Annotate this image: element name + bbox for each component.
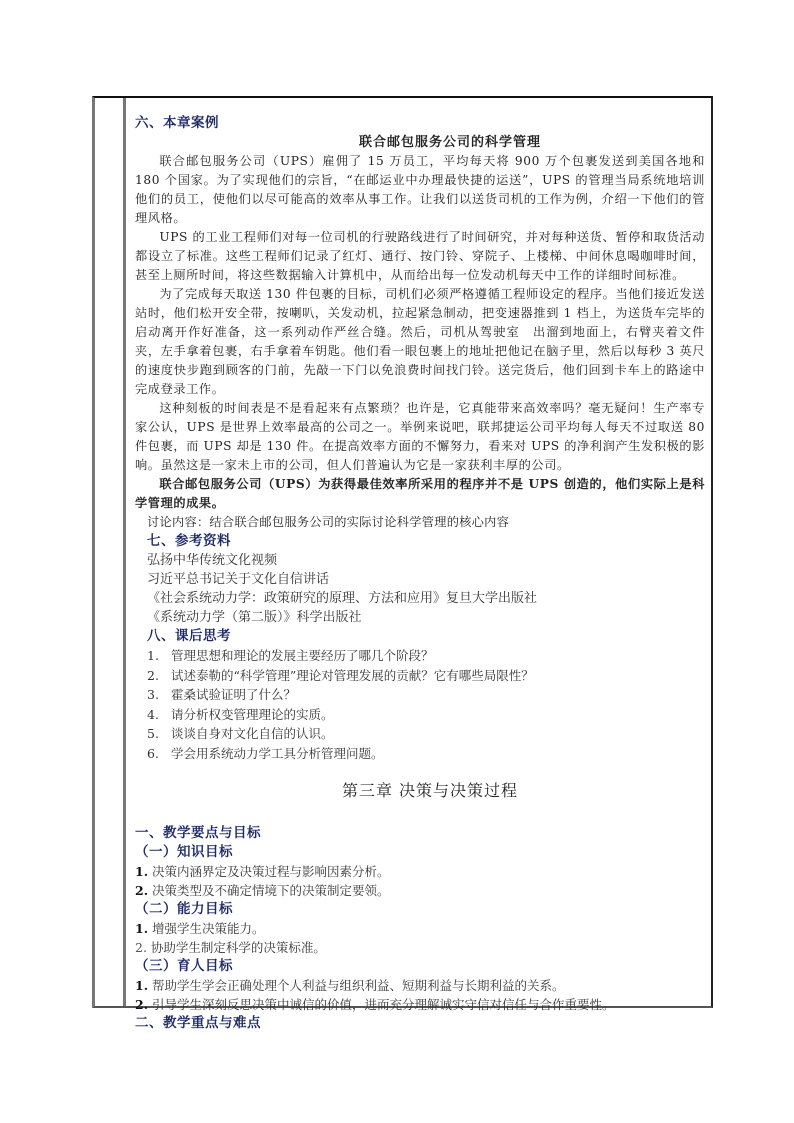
reference-item: 弘扬中华传统文化视频	[135, 551, 705, 570]
question-item: 5. 谈谈自身对文化自信的认识。	[135, 724, 705, 744]
case-discussion: 讨论内容：结合联合邮包服务公司的实际讨论科学管理的核心内容	[135, 513, 705, 532]
question-item: 1. 管理思想和理论的发展主要经历了哪几个阶段？	[135, 646, 705, 666]
objective-number: 1.	[135, 978, 148, 993]
chapter-title: 第三章 决策与决策过程	[135, 781, 705, 800]
question-number: 2.	[147, 666, 171, 686]
objective-item: 2. 引导学生深刻反思决策中诚信的价值，进而充分理解诚实守信对信任与合作重要性。	[135, 995, 705, 1014]
subheading-knowledge: （一）知识目标	[135, 843, 705, 862]
question-text: 试述泰勒的“科学管理”理论对管理发展的贡献？它有哪些局限性？	[171, 666, 534, 686]
question-number: 5.	[147, 724, 171, 744]
table-left-column	[95, 98, 126, 1006]
objective-item: 1. 增强学生决策能力。	[135, 919, 705, 938]
objective-number: 2.	[135, 940, 147, 955]
case-conclusion: 联合邮包服务公司（UPS）为获得最佳效率所采用的程序并不是 UPS 创造的，他们…	[135, 475, 705, 513]
subheading-ability: （二）能力目标	[135, 900, 705, 919]
objective-text: 决策内涵界定及决策过程与影响因素分析。	[152, 864, 390, 879]
case-paragraph: UPS 的工业工程师们对每一位司机的行驶路线进行了时间研究，并对每种送货、暂停和…	[135, 228, 705, 285]
objective-text: 引导学生深刻反思决策中诚信的价值，进而充分理解诚实守信对信任与合作重要性。	[152, 997, 615, 1012]
case-paragraph: 这种刻板的时间表是不是看起来有点繁琐？也许是，它真能带来高效率吗？毫无疑问！生产…	[135, 399, 705, 475]
question-item: 6. 学会用系统动力学工具分析管理问题。	[135, 744, 705, 764]
objective-item: 1. 决策内涵界定及决策过程与影响因素分析。	[135, 862, 705, 881]
reference-item: 《社会系统动力学：政策研究的原理、方法和应用》复旦大学出版社	[135, 589, 705, 608]
question-text: 学会用系统动力学工具分析管理问题。	[171, 744, 384, 764]
objective-number: 2.	[135, 997, 148, 1012]
question-text: 管理思想和理论的发展主要经历了哪几个阶段？	[171, 646, 434, 666]
case-title: 联合邮包服务公司的科学管理	[135, 133, 705, 152]
section-heading-references: 七、参考资料	[135, 532, 705, 551]
document-table: 六、本章案例 联合邮包服务公司的科学管理 联合邮包服务公司（UPS）雇佣了 15…	[92, 96, 713, 1008]
question-text: 霍桑试验证明了什么？	[171, 685, 296, 705]
objective-number: 2.	[135, 883, 148, 898]
objective-item: 1. 帮助学生学会正确处理个人利益与组织利益、短期利益与长期利益的关系。	[135, 976, 705, 995]
reference-item: 《系统动力学（第二版）》科学出版社	[135, 608, 705, 627]
section-heading-objectives: 一、教学要点与目标	[135, 824, 705, 843]
objective-item: 2. 决策类型及不确定情境下的决策制定要领。	[135, 881, 705, 900]
question-item: 3. 霍桑试验证明了什么？	[135, 685, 705, 705]
objective-number: 1.	[135, 921, 148, 936]
question-number: 3.	[147, 685, 171, 705]
table-content-cell: 六、本章案例 联合邮包服务公司的科学管理 联合邮包服务公司（UPS）雇佣了 15…	[135, 114, 705, 1033]
objective-text: 增强学生决策能力。	[152, 921, 265, 936]
objective-text: 帮助学生学会正确处理个人利益与组织利益、短期利益与长期利益的关系。	[152, 978, 565, 993]
question-item: 2. 试述泰勒的“科学管理”理论对管理发展的贡献？它有哪些局限性？	[135, 666, 705, 686]
section-heading-key-points: 二、教学重点与难点	[135, 1014, 705, 1033]
reference-item: 习近平总书记关于文化自信讲话	[135, 570, 705, 589]
case-paragraph: 联合邮包服务公司（UPS）雇佣了 15 万员工，平均每天将 900 万个包裹发送…	[135, 152, 705, 228]
section-heading-case: 六、本章案例	[135, 114, 705, 133]
objective-item: 2. 协助学生制定科学的决策标准。	[135, 938, 705, 957]
case-paragraph: 为了完成每天取送 130 件包裹的目标，司机们必须严格遵循工程师设定的程序。当他…	[135, 285, 705, 399]
subheading-education: （三）育人目标	[135, 957, 705, 976]
objective-number: 1.	[135, 864, 148, 879]
question-item: 4. 请分析权变管理理论的实质。	[135, 705, 705, 725]
question-number: 4.	[147, 705, 171, 725]
question-text: 请分析权变管理理论的实质。	[171, 705, 334, 725]
question-number: 6.	[147, 744, 171, 764]
objective-text: 协助学生制定科学的决策标准。	[151, 940, 326, 955]
objective-text: 决策类型及不确定情境下的决策制定要领。	[152, 883, 390, 898]
question-text: 谈谈自身对文化自信的认识。	[171, 724, 334, 744]
section-heading-questions: 八、课后思考	[135, 627, 705, 646]
question-number: 1.	[147, 646, 171, 666]
